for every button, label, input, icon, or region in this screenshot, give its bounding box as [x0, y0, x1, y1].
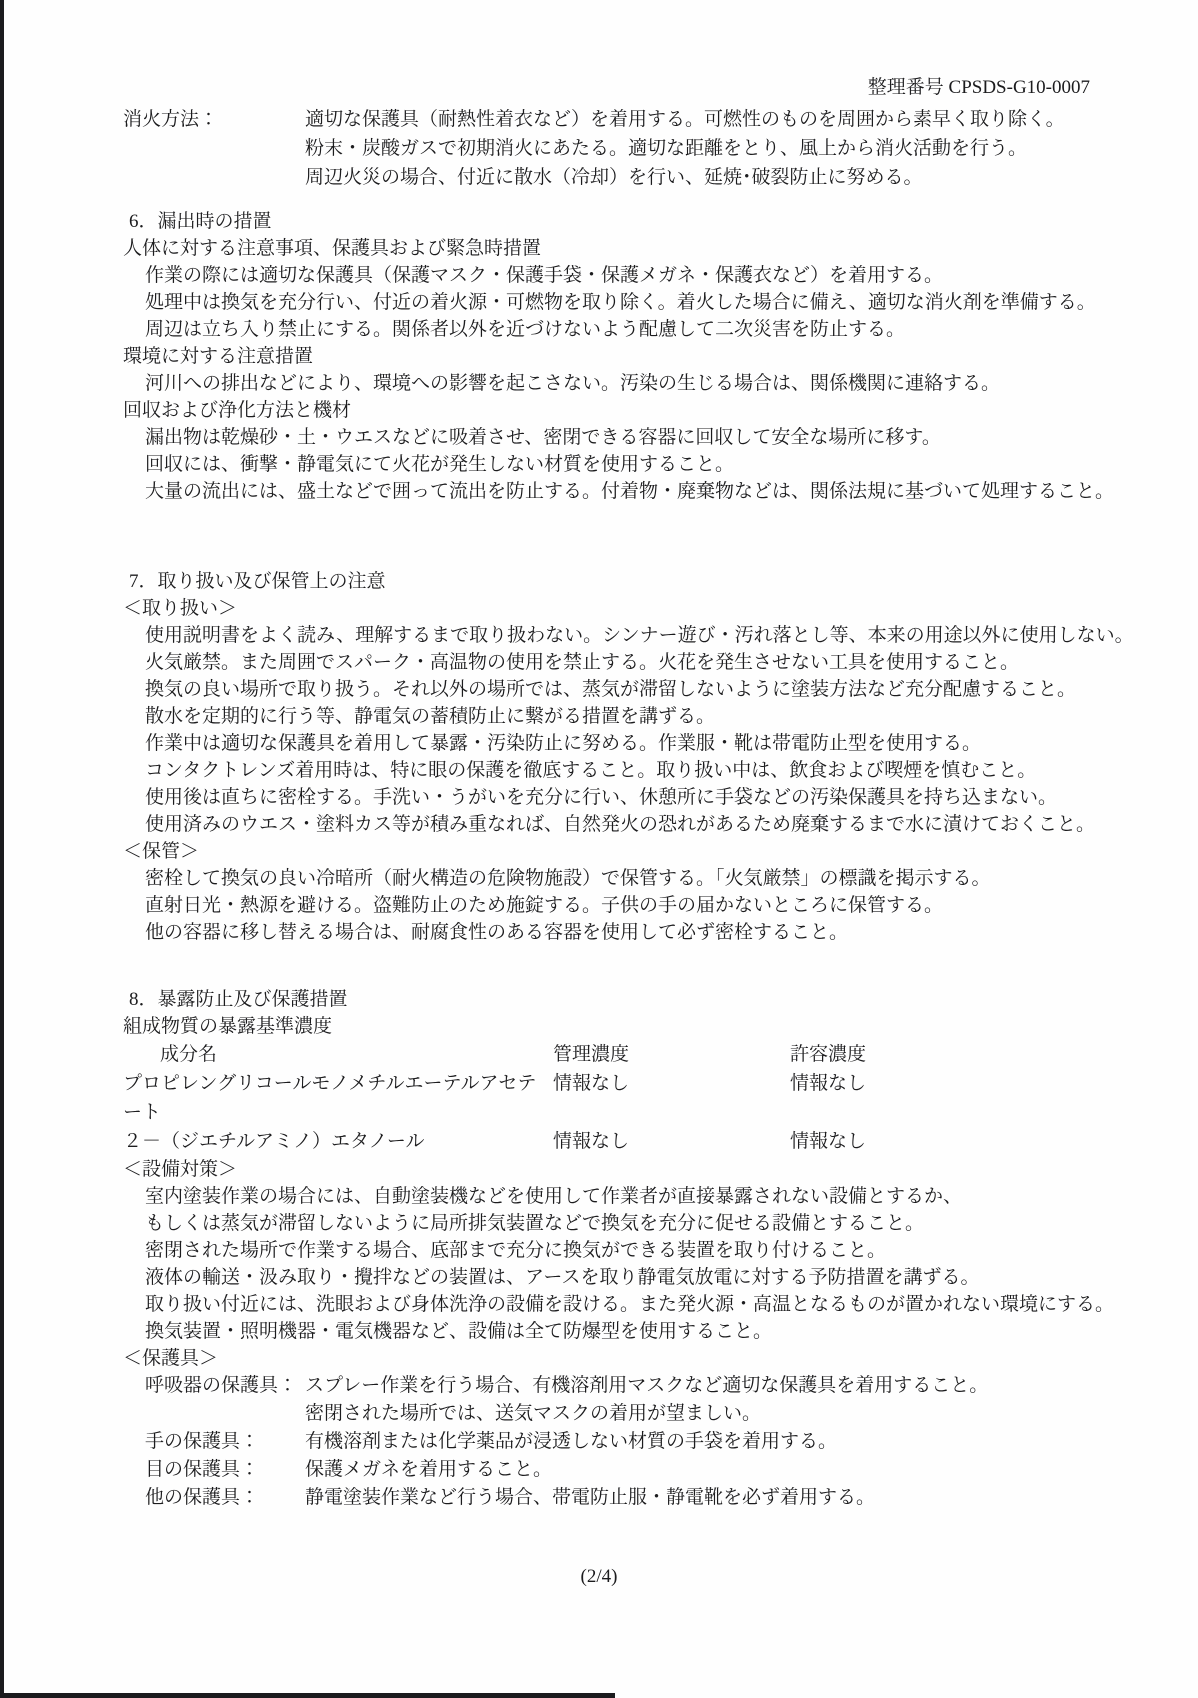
- page-content: 整理番号 CPSDS-G10-0007 消火方法： 適切な保護具（耐熱性着衣など…: [123, 74, 1102, 1512]
- section-8-exposure-protection: 8．暴露防止及び保護措置 組成物質の暴露基準濃度 成分名 管理濃度 許容濃度 プ…: [123, 986, 1102, 1512]
- column-header-allowable-concentration: 許容濃度: [790, 1040, 1102, 1069]
- exposure-limits-subtitle: 組成物質の暴露基準濃度: [123, 1013, 1102, 1040]
- section-6-sub3-heading: 回収および浄化方法と機材: [123, 397, 1102, 424]
- text-line: 有機溶剤または化学薬品が浸透しない材質の手袋を着用する。: [305, 1428, 1102, 1456]
- text-line: 使用後は直ちに密栓する。手洗い・うがいを充分に行い、休憩所に手袋などの汚染保護具…: [123, 784, 1102, 811]
- text-line: 火気厳禁。また周囲でスパーク・高温物の使用を禁止する。火花を発生させない工具を使…: [123, 649, 1102, 676]
- section-7-heading: 7．取り扱い及び保管上の注意: [123, 568, 1102, 595]
- text-line: 取り扱い付近には、洗眼および身体洗浄の設備を設ける。また発火源・高温となるものが…: [123, 1291, 1102, 1318]
- allowable-concentration-value: 情報なし: [790, 1127, 1102, 1156]
- control-concentration-value: 情報なし: [553, 1069, 790, 1127]
- text-line: 漏出物は乾燥砂・土・ウエスなどに吸着させ、密閉できる容器に回収して安全な場所に移…: [123, 424, 1102, 451]
- allowable-concentration-value: 情報なし: [790, 1069, 1102, 1127]
- text-line: 保護メガネを着用すること。: [305, 1456, 1102, 1484]
- text-line: コンタクトレンズ着用時は、特に眼の保護を徹底すること。取り扱い中は、飲食および喫…: [123, 757, 1102, 784]
- text-line: 作業中は適切な保護具を着用して暴露・汚染防止に努める。作業服・靴は帯電防止型を使…: [123, 730, 1102, 757]
- table-row: プロピレングリコールモノメチルエーテルアセテート 情報なし 情報なし: [123, 1069, 1102, 1127]
- equipment-measures-subheading: ＜設備対策＞: [123, 1156, 1102, 1183]
- protection-item-other: 他の保護具： 静電塗装作業など行う場合、帯電防止服・静電靴を必ず着用する。: [123, 1484, 1102, 1512]
- extinguishing-method-text: 適切な保護具（耐熱性着衣など）を着用する。可燃性のものを周囲から素早く取り除く。…: [305, 105, 1102, 192]
- table-header-row: 成分名 管理濃度 許容濃度: [123, 1040, 1102, 1069]
- text-line: 河川への排出などにより、環境への影響を起こさない。汚染の生じる場合は、関係機関に…: [123, 370, 1102, 397]
- component-name: プロピレングリコールモノメチルエーテルアセテート: [123, 1069, 553, 1127]
- reference-number: 整理番号 CPSDS-G10-0007: [123, 74, 1102, 101]
- sds-document-page: 整理番号 CPSDS-G10-0007 消火方法： 適切な保護具（耐熱性着衣など…: [0, 0, 1198, 1698]
- page-number: (2/4): [0, 1566, 1198, 1588]
- section-6-spill-measures: 6．漏出時の措置 人体に対する注意事項、保護具および緊急時措置 作業の際には適切…: [123, 208, 1102, 505]
- text-line: 使用済みのウエス・塗料カス等が積み重なれば、自然発火の恐れがあるため廃棄するまで…: [123, 811, 1102, 838]
- text-line: 回収には、衝撃・静電気にて火花が発生しない材質を使用すること。: [123, 451, 1102, 478]
- text-line: 室内塗装作業の場合には、自動塗装機などを使用して作業者が直接暴露されない設備とす…: [123, 1183, 1102, 1210]
- extinguishing-method-block: 消火方法： 適切な保護具（耐熱性着衣など）を着用する。可燃性のものを周囲から素早…: [123, 105, 1102, 192]
- section-7-handling-storage: 7．取り扱い及び保管上の注意 ＜取り扱い＞ 使用説明書をよく読み、理解するまで取…: [123, 568, 1102, 946]
- text-line: 換気装置・照明機器・電気機器など、設備は全て防爆型を使用すること。: [123, 1318, 1102, 1345]
- scan-artifact-bottom-edge: [0, 1693, 615, 1698]
- protection-item-label: 目の保護具：: [123, 1456, 305, 1484]
- text-line: 密閉された場所で作業する場合、底部まで充分に換気ができる装置を取り付けること。: [123, 1237, 1102, 1264]
- scan-artifact-left-edge: [0, 0, 4, 1698]
- text-line: 静電塗装作業など行う場合、帯電防止服・静電靴を必ず着用する。: [305, 1484, 1102, 1512]
- protective-equipment-subheading: ＜保護具＞: [123, 1345, 1102, 1372]
- protection-item-hands: 手の保護具： 有機溶剤または化学薬品が浸透しない材質の手袋を着用する。: [123, 1428, 1102, 1456]
- text-line: 大量の流出には、盛土などで囲って流出を防止する。付着物・廃棄物などは、関係法規に…: [123, 478, 1102, 505]
- text-line: 散水を定期的に行う等、静電気の蓄積防止に繋がる措置を講ずる。: [123, 703, 1102, 730]
- text-line: 液体の輸送・汲み取り・攪拌などの装置は、アースを取り静電気放電に対する予防措置を…: [123, 1264, 1102, 1291]
- protection-item-label: 手の保護具：: [123, 1428, 305, 1456]
- column-header-component: 成分名: [123, 1040, 553, 1069]
- storage-subheading: ＜保管＞: [123, 838, 1102, 865]
- text-line: 適切な保護具（耐熱性着衣など）を着用する。可燃性のものを周囲から素早く取り除く。: [305, 105, 1102, 134]
- control-concentration-value: 情報なし: [553, 1127, 790, 1156]
- section-8-heading: 8．暴露防止及び保護措置: [123, 986, 1102, 1013]
- exposure-limits-table: 成分名 管理濃度 許容濃度 プロピレングリコールモノメチルエーテルアセテート 情…: [123, 1040, 1102, 1156]
- component-name: ２－（ジエチルアミノ）エタノール: [123, 1127, 553, 1156]
- text-line: 換気の良い場所で取り扱う。それ以外の場所では、蒸気が滞留しないように塗装方法など…: [123, 676, 1102, 703]
- text-line: 作業の際には適切な保護具（保護マスク・保護手袋・保護メガネ・保護衣など）を着用す…: [123, 262, 1102, 289]
- protection-item-label: 呼吸器の保護具：: [123, 1372, 305, 1428]
- section-6-sub1-heading: 人体に対する注意事項、保護具および緊急時措置: [123, 235, 1102, 262]
- section-6-sub2-heading: 環境に対する注意措置: [123, 343, 1102, 370]
- protection-item-respiratory: 呼吸器の保護具： スプレー作業を行う場合、有機溶剤用マスクなど適切な保護具を着用…: [123, 1372, 1102, 1428]
- text-line: 直射日光・熱源を避ける。盗難防止のため施錠する。子供の手の届かないところに保管す…: [123, 892, 1102, 919]
- column-header-control-concentration: 管理濃度: [553, 1040, 790, 1069]
- section-6-heading: 6．漏出時の措置: [123, 208, 1102, 235]
- table-row: ２－（ジエチルアミノ）エタノール 情報なし 情報なし: [123, 1127, 1102, 1156]
- text-line: 周辺火災の場合、付近に散水（冷却）を行い、延焼･破裂防止に努める。: [305, 163, 1102, 192]
- text-line: 粉末・炭酸ガスで初期消火にあたる。適切な距離をとり、風上から消火活動を行う。: [305, 134, 1102, 163]
- extinguishing-method-label: 消火方法：: [123, 105, 305, 192]
- text-line: スプレー作業を行う場合、有機溶剤用マスクなど適切な保護具を着用すること。: [305, 1372, 1102, 1400]
- text-line: 他の容器に移し替える場合は、耐腐食性のある容器を使用して必ず密栓すること。: [123, 919, 1102, 946]
- text-line: もしくは蒸気が滞留しないように局所排気装置などで換気を充分に促せる設備とすること…: [123, 1210, 1102, 1237]
- handling-subheading: ＜取り扱い＞: [123, 595, 1102, 622]
- text-line: 使用説明書をよく読み、理解するまで取り扱わない。シンナー遊び・汚れ落とし等、本来…: [123, 622, 1102, 649]
- text-line: 処理中は換気を充分行い、付近の着火源・可燃物を取り除く。着火した場合に備え、適切…: [123, 289, 1102, 316]
- text-line: 密閉された場所では、送気マスクの着用が望ましい。: [305, 1400, 1102, 1428]
- text-line: 周辺は立ち入り禁止にする。関係者以外を近づけないよう配慮して二次災害を防止する。: [123, 316, 1102, 343]
- text-line: 密栓して換気の良い冷暗所（耐火構造の危険物施設）で保管する。「火気厳禁」の標識を…: [123, 865, 1102, 892]
- protection-item-eyes: 目の保護具： 保護メガネを着用すること。: [123, 1456, 1102, 1484]
- protection-item-label: 他の保護具：: [123, 1484, 305, 1512]
